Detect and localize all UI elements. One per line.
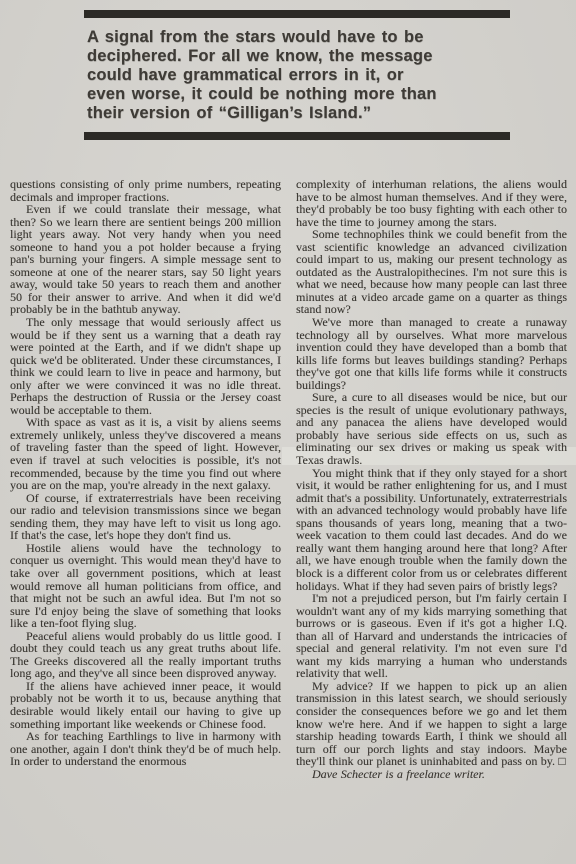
paragraph: Hostile aliens would have the technology… (10, 542, 281, 630)
paragraph: Some technophiles think we could benefit… (296, 228, 567, 316)
pull-quote-line: A signal from the stars would have to be (87, 28, 504, 47)
paragraph: With space as vast as it is, a visit by … (10, 416, 281, 491)
paragraph: Sure, a cure to all diseases would be ni… (296, 391, 567, 466)
paragraph: Peaceful aliens would probably do us lit… (10, 630, 281, 680)
left-column: questions consisting of only prime numbe… (10, 178, 281, 768)
byline: Dave Schecter is a freelance writer. (296, 768, 567, 781)
article-page: A signal from the stars would have to be… (0, 0, 576, 864)
end-of-article-mark: □ (555, 754, 566, 768)
pull-quote-lines: A signal from the stars would have to be… (87, 28, 504, 123)
paragraph: We've more than managed to create a runa… (296, 316, 567, 391)
paragraph: Even if we could translate their message… (10, 203, 281, 316)
paragraph: Of course, if extraterrestrials have bee… (10, 492, 281, 542)
magazine-page: { "page": { "paper_color": "#d6d4cf", "i… (0, 0, 576, 864)
paragraph: I'm not a prejudiced person, but I'm fai… (296, 592, 567, 680)
pull-quote-line: even worse, it could be nothing more tha… (87, 85, 504, 104)
paragraph: You might think that if they only stayed… (296, 467, 567, 592)
pull-quote-line: deciphered. For all we know, the message (87, 47, 504, 66)
paragraph: My advice? If we happen to pick up an al… (296, 680, 567, 768)
article-body: questions consisting of only prime numbe… (10, 178, 567, 780)
pull-quote-line: their version of “Gilligan’s Island.” (87, 104, 504, 123)
pull-quote-line: could have grammatical errors in it, or (87, 66, 504, 85)
right-column: complexity of interhuman relations, the … (296, 178, 567, 780)
paragraph: As for teaching Earthlings to live in ha… (10, 730, 281, 768)
pull-quote-box: A signal from the stars would have to be… (84, 10, 510, 140)
paragraph: If the aliens have achieved inner peace,… (10, 680, 281, 730)
paragraph: questions consisting of only prime numbe… (10, 178, 281, 203)
paragraph: The only message that would seriously af… (10, 316, 281, 416)
paragraph: complexity of interhuman relations, the … (296, 178, 567, 228)
